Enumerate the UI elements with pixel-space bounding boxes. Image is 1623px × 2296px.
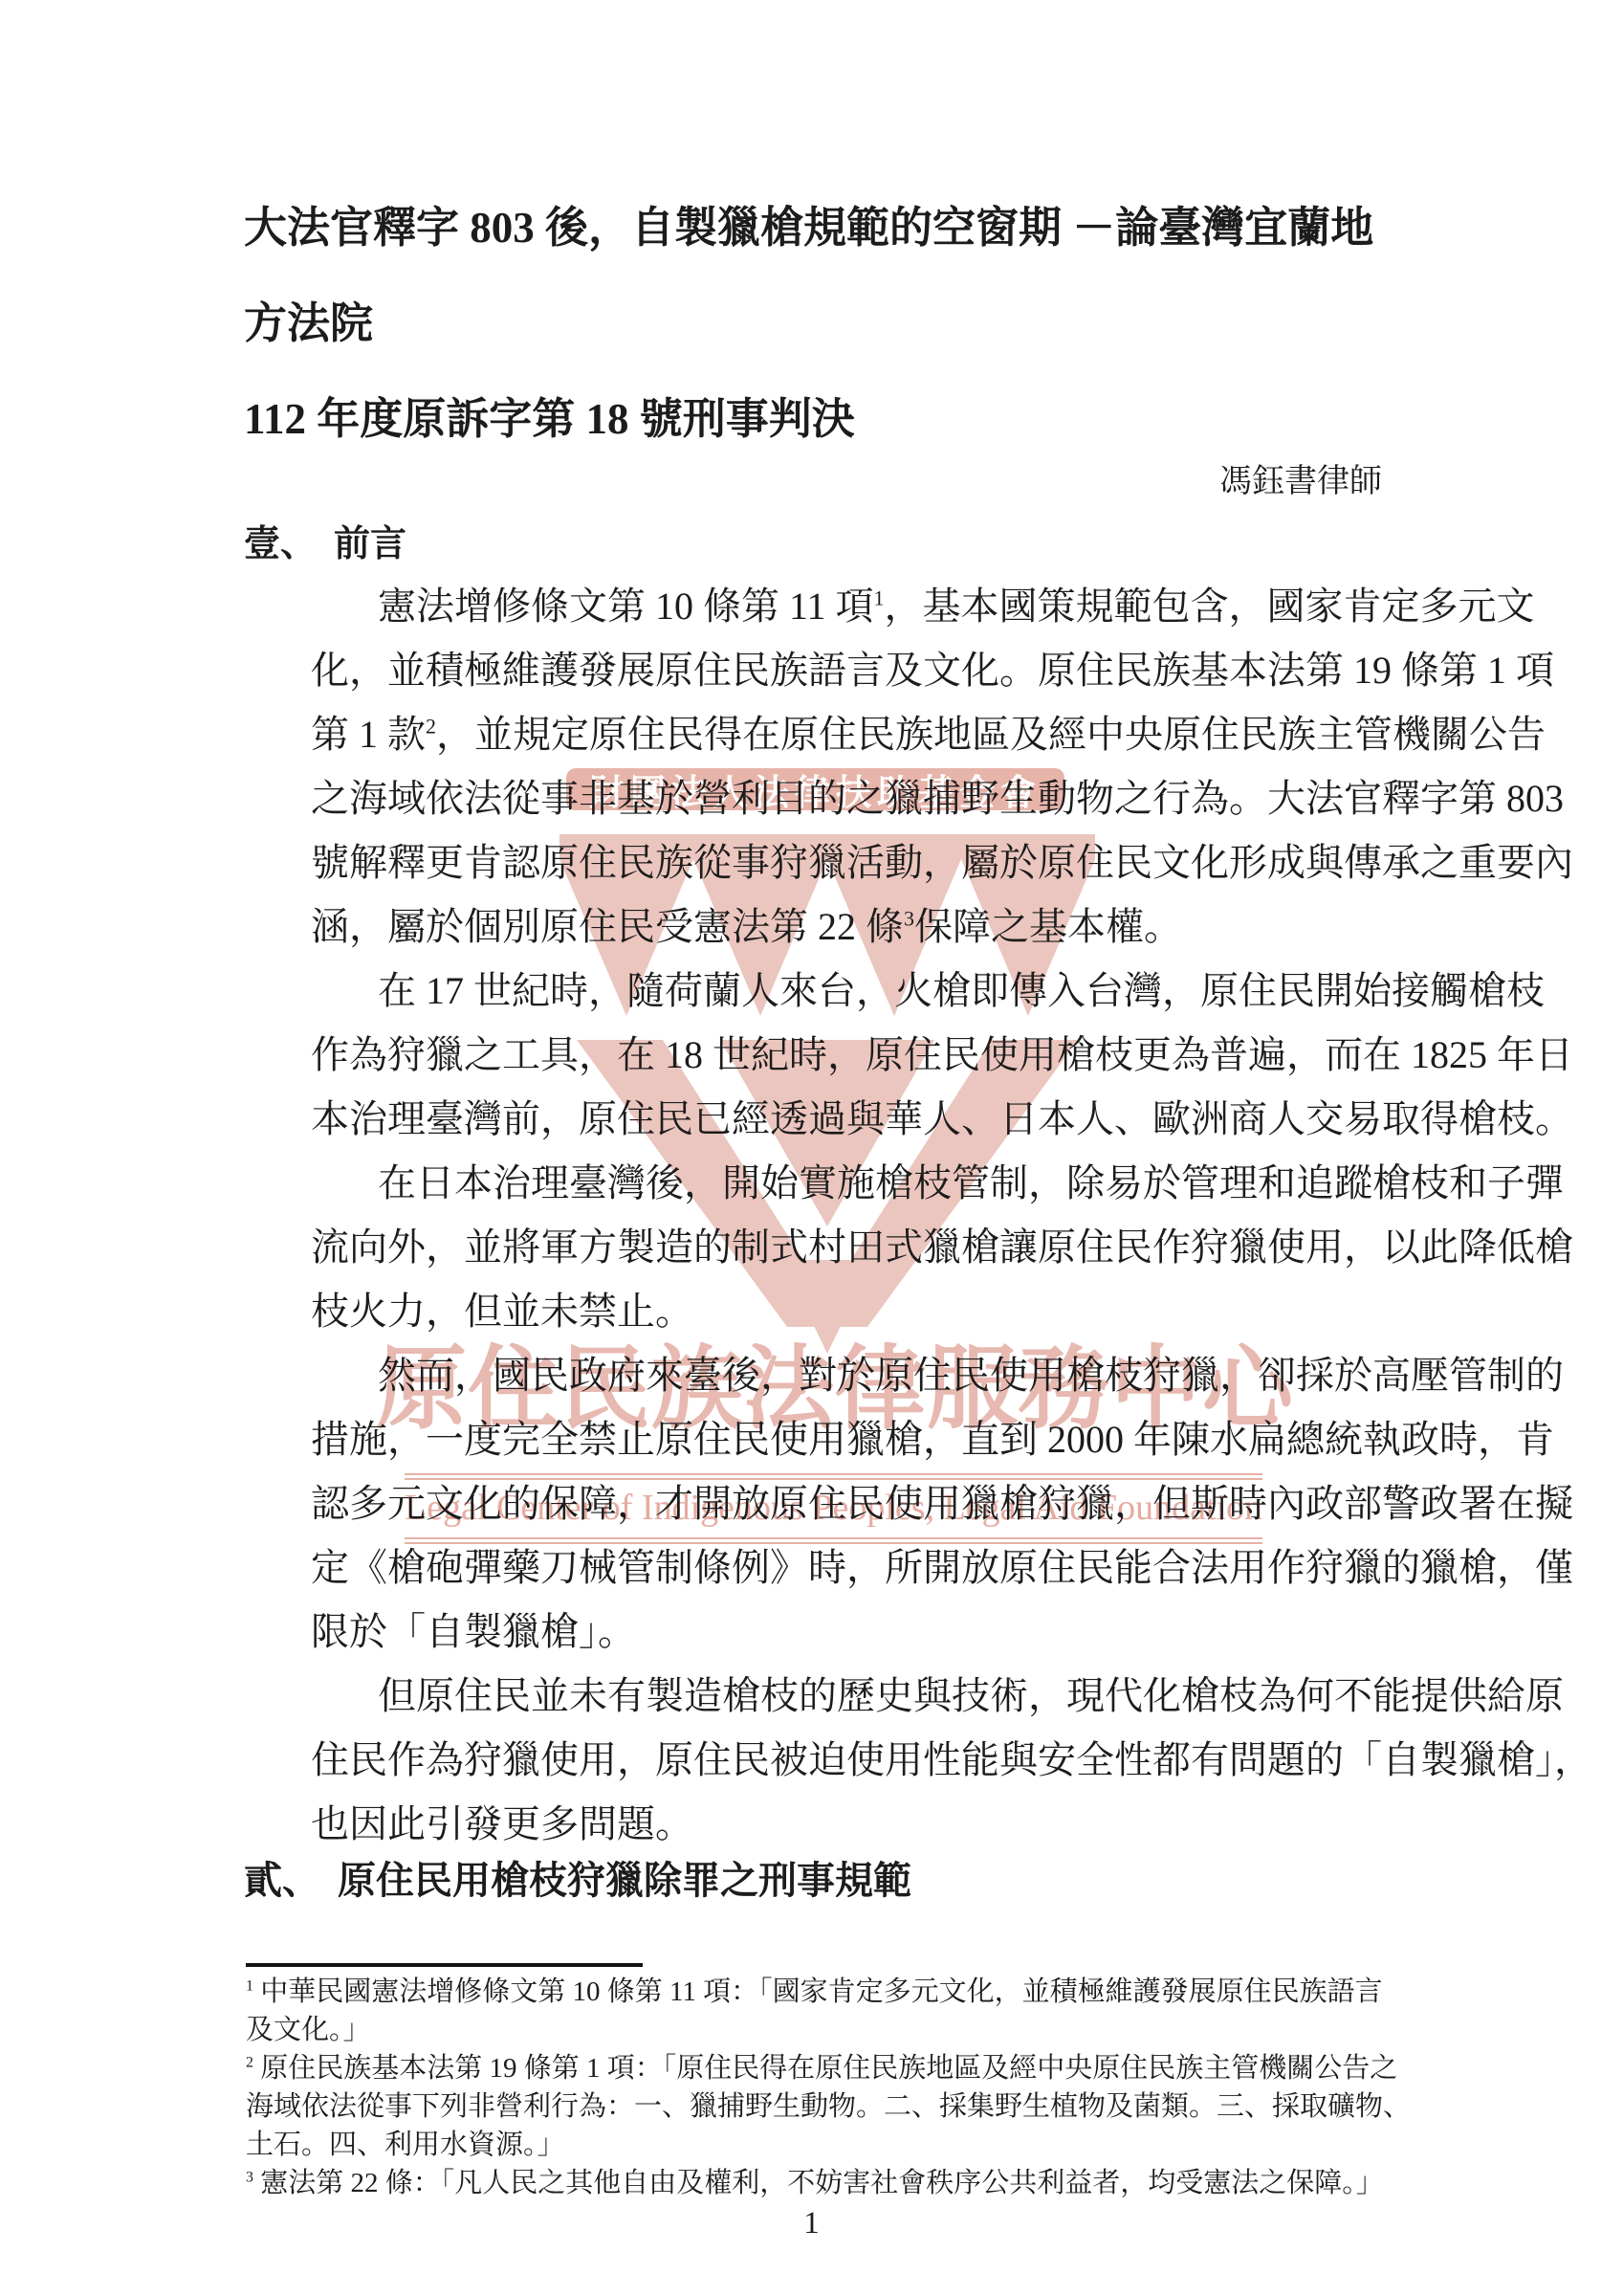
section-2-title: 原住民用槍枝狩獵除罪之刑事規範 <box>338 1859 911 1902</box>
body-line: 本治理臺灣前，原住民已經透過與華人、日本人、歐洲商人交易取得槍枝。 <box>311 1087 1393 1151</box>
section-2-enumerator: 貳、 <box>244 1859 320 1902</box>
footnote-line: 土石。四、利用水資源。」 <box>246 2126 1398 2164</box>
title-line-1: 大法官釋字 803 後，自製獵槍規範的空窗期 －論臺灣宜蘭地方法院 <box>244 180 1396 371</box>
body-line: 在 17 世紀時，隨荷蘭人來台，火槍即傳入台灣，原住民開始接觸槍枝 <box>311 959 1393 1023</box>
footnote-line: 1 中華民國憲法增修條文第 10 條第 11 項：「國家肯定多元文化，並積極維護… <box>246 1973 1398 2011</box>
body-line: 流向外，並將軍方製造的制式村田式獵槍讓原住民作狩獵使用，以此降低槍 <box>311 1215 1393 1279</box>
body-paragraphs: 憲法增修條文第 10 條第 11 項1，基本國策規範包含，國家肯定多元文化，並積… <box>311 574 1393 1856</box>
body-line: 住民作為狩獵使用，原住民被迫使用性能與安全性都有問題的「自製獵槍」， <box>311 1728 1393 1792</box>
body-line: 但原住民並未有製造槍枝的歷史與技術，現代化槍枝為何不能提供給原 <box>311 1664 1393 1728</box>
body-line: 作為狩獵之工具，在 18 世紀時，原住民使用槍枝更為普遍，而在 1825 年日 <box>311 1023 1393 1087</box>
body-line: 憲法增修條文第 10 條第 11 項1，基本國策規範包含，國家肯定多元文 <box>311 574 1393 638</box>
body-line: 涵，屬於個別原住民受憲法第 22 條3保障之基本權。 <box>311 894 1393 959</box>
document-content: 大法官釋字 803 後，自製獵槍規範的空窗期 －論臺灣宜蘭地方法院 112 年度… <box>0 180 1623 2242</box>
footnote-separator <box>246 1963 643 1967</box>
body-line: 定《槍砲彈藥刀械管制條例》時，所開放原住民能合法用作狩獵的獵槍，僅 <box>311 1535 1393 1600</box>
body-line: 在日本治理臺灣後，開始實施槍枝管制，除易於管理和追蹤槍枝和子彈 <box>311 1151 1393 1215</box>
body-line: 措施，一度完全禁止原住民使用獵槍，直到 2000 年陳水扁總統執政時，肯 <box>311 1407 1393 1471</box>
document-page: 財團法人法律扶助基金會 原住民族法律服務中心 Legal Center of I… <box>0 0 1623 2296</box>
section-heading-1: 壹、前言 <box>244 522 1623 566</box>
author-byline: 馮鈺書律師 <box>0 463 1382 501</box>
section-heading-2: 貳、原住民用槍枝狩獵除罪之刑事規範 <box>244 1856 1623 1906</box>
footnote-line: 3 憲法第 22 條：「凡人民之其他自由及權利，不妨害社會秩序公共利益者，均受憲… <box>246 2164 1398 2202</box>
body-line: 枝火力，但並未禁止。 <box>311 1279 1393 1343</box>
section-1-enumerator: 壹、 <box>244 524 317 564</box>
footnotes: 1 中華民國憲法增修條文第 10 條第 11 項：「國家肯定多元文化，並積極維護… <box>246 1973 1398 2202</box>
body-line: 然而，國民政府來臺後，對於原住民使用槍枝狩獵，卻採於高壓管制的 <box>311 1343 1393 1407</box>
body-line: 也因此引發更多問題。 <box>311 1792 1393 1856</box>
document-title: 大法官釋字 803 後，自製獵槍規範的空窗期 －論臺灣宜蘭地方法院 112 年度… <box>244 180 1396 467</box>
footnote-line: 海域依法從事下列非營利行為：一、獵捕野生動物。二、採集野生植物及菌類。三、採取礦… <box>246 2087 1398 2126</box>
title-line-2: 112 年度原訴字第 18 號刑事判決 <box>244 371 1396 467</box>
body-line: 限於「自製獵槍」。 <box>311 1600 1393 1664</box>
body-line: 號解釋更肯認原住民族從事狩獵活動，屬於原住民文化形成與傳承之重要內 <box>311 830 1393 894</box>
section-1-title: 前言 <box>334 524 406 564</box>
body-line: 之海域依法從事非基於營利目的之獵捕野生動物之行為。大法官釋字第 803 <box>311 766 1393 830</box>
footnote-line: 2 原住民族基本法第 19 條第 1 項：「原住民得在原住民族地區及經中央原住民… <box>246 2049 1398 2087</box>
body-line: 化，並積極維護發展原住民族語言及文化。原住民族基本法第 19 條第 1 項 <box>311 638 1393 702</box>
footnote-line: 及文化。」 <box>246 2011 1398 2049</box>
body-line: 第 1 款2，並規定原住民得在原住民族地區及經中央原住民族主管機關公告 <box>311 702 1393 766</box>
body-line: 認多元文化的保障，才開放原住民使用獵槍狩獵，但斯時內政部警政署在擬 <box>311 1471 1393 1535</box>
page-number: 1 <box>0 2204 1623 2242</box>
